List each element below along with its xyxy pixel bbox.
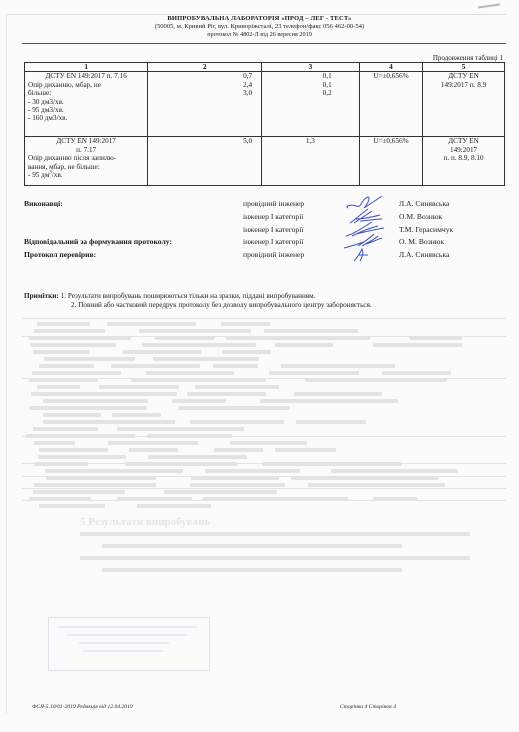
table-continuation-label: Продовження таблиці 1	[433, 54, 503, 62]
value-cell: 0,1 0,1 0,2	[262, 72, 360, 137]
signature-row: Відповідальний за формування протоколу: …	[24, 237, 504, 250]
position-title: інженер І категорії	[243, 212, 303, 221]
cell-text: Опір диханню, мбар, не	[28, 81, 144, 89]
role-label: Протокол перевірив:	[24, 250, 96, 259]
position-title: інженер І категорії	[243, 225, 303, 234]
note-item: 1. Результати випробувань поширюються ті…	[61, 292, 316, 300]
signature-block: Виконавці: провідний інженер Л.А. Синявс…	[24, 199, 504, 263]
cell-text: вання, мбар, не більше:	[28, 163, 144, 171]
cell-value: 5,0	[151, 137, 258, 145]
table-header-row: 1 2 3 4 5	[25, 63, 505, 72]
role-label: Відповідальний за формування протоколу:	[24, 237, 172, 246]
test-method-cell: ДСТУ EN 149:2017 п. 8.9	[423, 72, 505, 137]
form-code: ФСЯ-5.10/01-2019 Редакція від 12.04.2019	[32, 704, 133, 710]
person-name: Л.А. Синявська	[399, 250, 449, 259]
column-header: 2	[148, 63, 262, 72]
table-row: ДСТУ EN 149:2017 п. 7.17 Опір диханню пі…	[25, 137, 505, 186]
page-number: Сторінка 4 Сторінок 4	[340, 704, 396, 710]
cell-text: більше:	[28, 89, 144, 97]
cell-value: 2,4	[151, 81, 258, 89]
unit-text: /хв.	[52, 171, 63, 179]
faint-stamp	[48, 617, 210, 671]
scan-edge-vertical	[6, 14, 7, 714]
notes-section: Примітки: 1. Результати випробувань поши…	[24, 292, 372, 310]
cell-text: 149:2017 п. 8.9	[426, 81, 501, 89]
column-header: 3	[262, 63, 360, 72]
requirement-cell: ДСТУ EN 149:2017 п. 7.17 Опір диханню пі…	[25, 137, 148, 186]
position-title: провідний інженер	[243, 250, 304, 259]
results-table: 1 2 3 4 5 ДСТУ EN 149:2017 п. 7.16 Опір …	[24, 62, 505, 186]
cell-value: 0,1	[265, 72, 356, 80]
signature-row: Виконавці: провідний інженер Л.А. Синявс…	[24, 199, 504, 212]
cell-text: - 160 дм3/хв.	[28, 114, 144, 122]
requirement-cell: ДСТУ EN 149:2017 п. 7.16 Опір диханню, м…	[25, 72, 148, 137]
cell-text: - 30 дм3/хв.	[28, 98, 144, 106]
scan-mark	[478, 3, 500, 8]
cell-value: 0,7	[151, 72, 258, 80]
column-header: 5	[423, 63, 505, 72]
cell-value: 0,1	[265, 81, 356, 89]
cell-value: 0,2	[265, 89, 356, 97]
person-name: О. М. Вознюк	[399, 237, 444, 246]
document-header: ВИПРОБУВАЛЬНА ЛАБОРАТОРІЯ «ПРОД – ЛЕГ - …	[0, 15, 519, 40]
cell-text: п. 7.17	[28, 146, 144, 154]
table-row: ДСТУ EN 149:2017 п. 7.16 Опір диханню, м…	[25, 72, 505, 137]
document-page: 5 Результати випробувань ВИПРОБУВАЛЬНА Л…	[0, 0, 519, 732]
note-item: 2. Повний або частковий передрук протоко…	[24, 301, 372, 310]
person-name: Т.М. Герасимчук	[399, 225, 453, 234]
cell-text: 149:2017	[426, 146, 501, 154]
cell-value: 3,0	[151, 89, 258, 97]
signature-row: Протокол перевірив: провідний інженер Л.…	[24, 250, 504, 263]
cell-text: Опір диханню після запилю-	[28, 154, 144, 162]
lab-name: ВИПРОБУВАЛЬНА ЛАБОРАТОРІЯ «ПРОД – ЛЕГ - …	[0, 15, 519, 23]
position-title: інженер І категорії	[243, 237, 303, 246]
test-method-cell: ДСТУ EN 149:2017 п. п. 8.9, 8.10	[423, 137, 505, 186]
note-line: Примітки: 1. Результати випробувань поши…	[24, 292, 372, 301]
position-title: провідний інженер	[243, 199, 304, 208]
cell-text: - 95 дм3/хв.	[28, 171, 144, 179]
actual-value-cell: 5,0	[148, 137, 262, 186]
header-divider	[22, 43, 506, 44]
uncertainty-cell: U=±0,656%	[359, 72, 422, 137]
cell-text: ДСТУ EN	[426, 72, 501, 80]
cell-text: ДСТУ EN	[426, 137, 501, 145]
person-name: Л.А. Синявська	[399, 199, 449, 208]
column-header: 4	[359, 63, 422, 72]
cell-text: п. п. 8.9, 8.10	[426, 154, 501, 162]
cell-text: - 95 дм3/хв.	[28, 106, 144, 114]
signature-row: інженер І категорії О.М. Вознюк	[24, 212, 504, 225]
person-name: О.М. Вознюк	[399, 212, 442, 221]
unit-text: - 95 дм	[28, 171, 49, 179]
actual-value-cell: 0,7 2,4 3,0	[148, 72, 262, 137]
uncertainty-cell: U=±0,656%	[359, 137, 422, 186]
role-label: Виконавці:	[24, 199, 63, 208]
cell-value: 1,3	[265, 137, 356, 145]
signature-row: інженер І категорії Т.М. Герасимчук	[24, 225, 504, 238]
notes-label: Примітки:	[24, 292, 59, 300]
signature-icon	[342, 245, 386, 263]
column-header: 1	[25, 63, 148, 72]
value-cell: 1,3	[262, 137, 360, 186]
cell-text: ДСТУ EN 149:2017	[28, 137, 144, 145]
protocol-number: протокол № 4802-Л від 26 вересня 2019	[0, 31, 519, 39]
cell-text: ДСТУ EN 149:2017 п. 7.16	[28, 72, 144, 80]
lab-address: (50005, м. Кривий Ріг, вул. Криворіжстал…	[0, 23, 519, 31]
